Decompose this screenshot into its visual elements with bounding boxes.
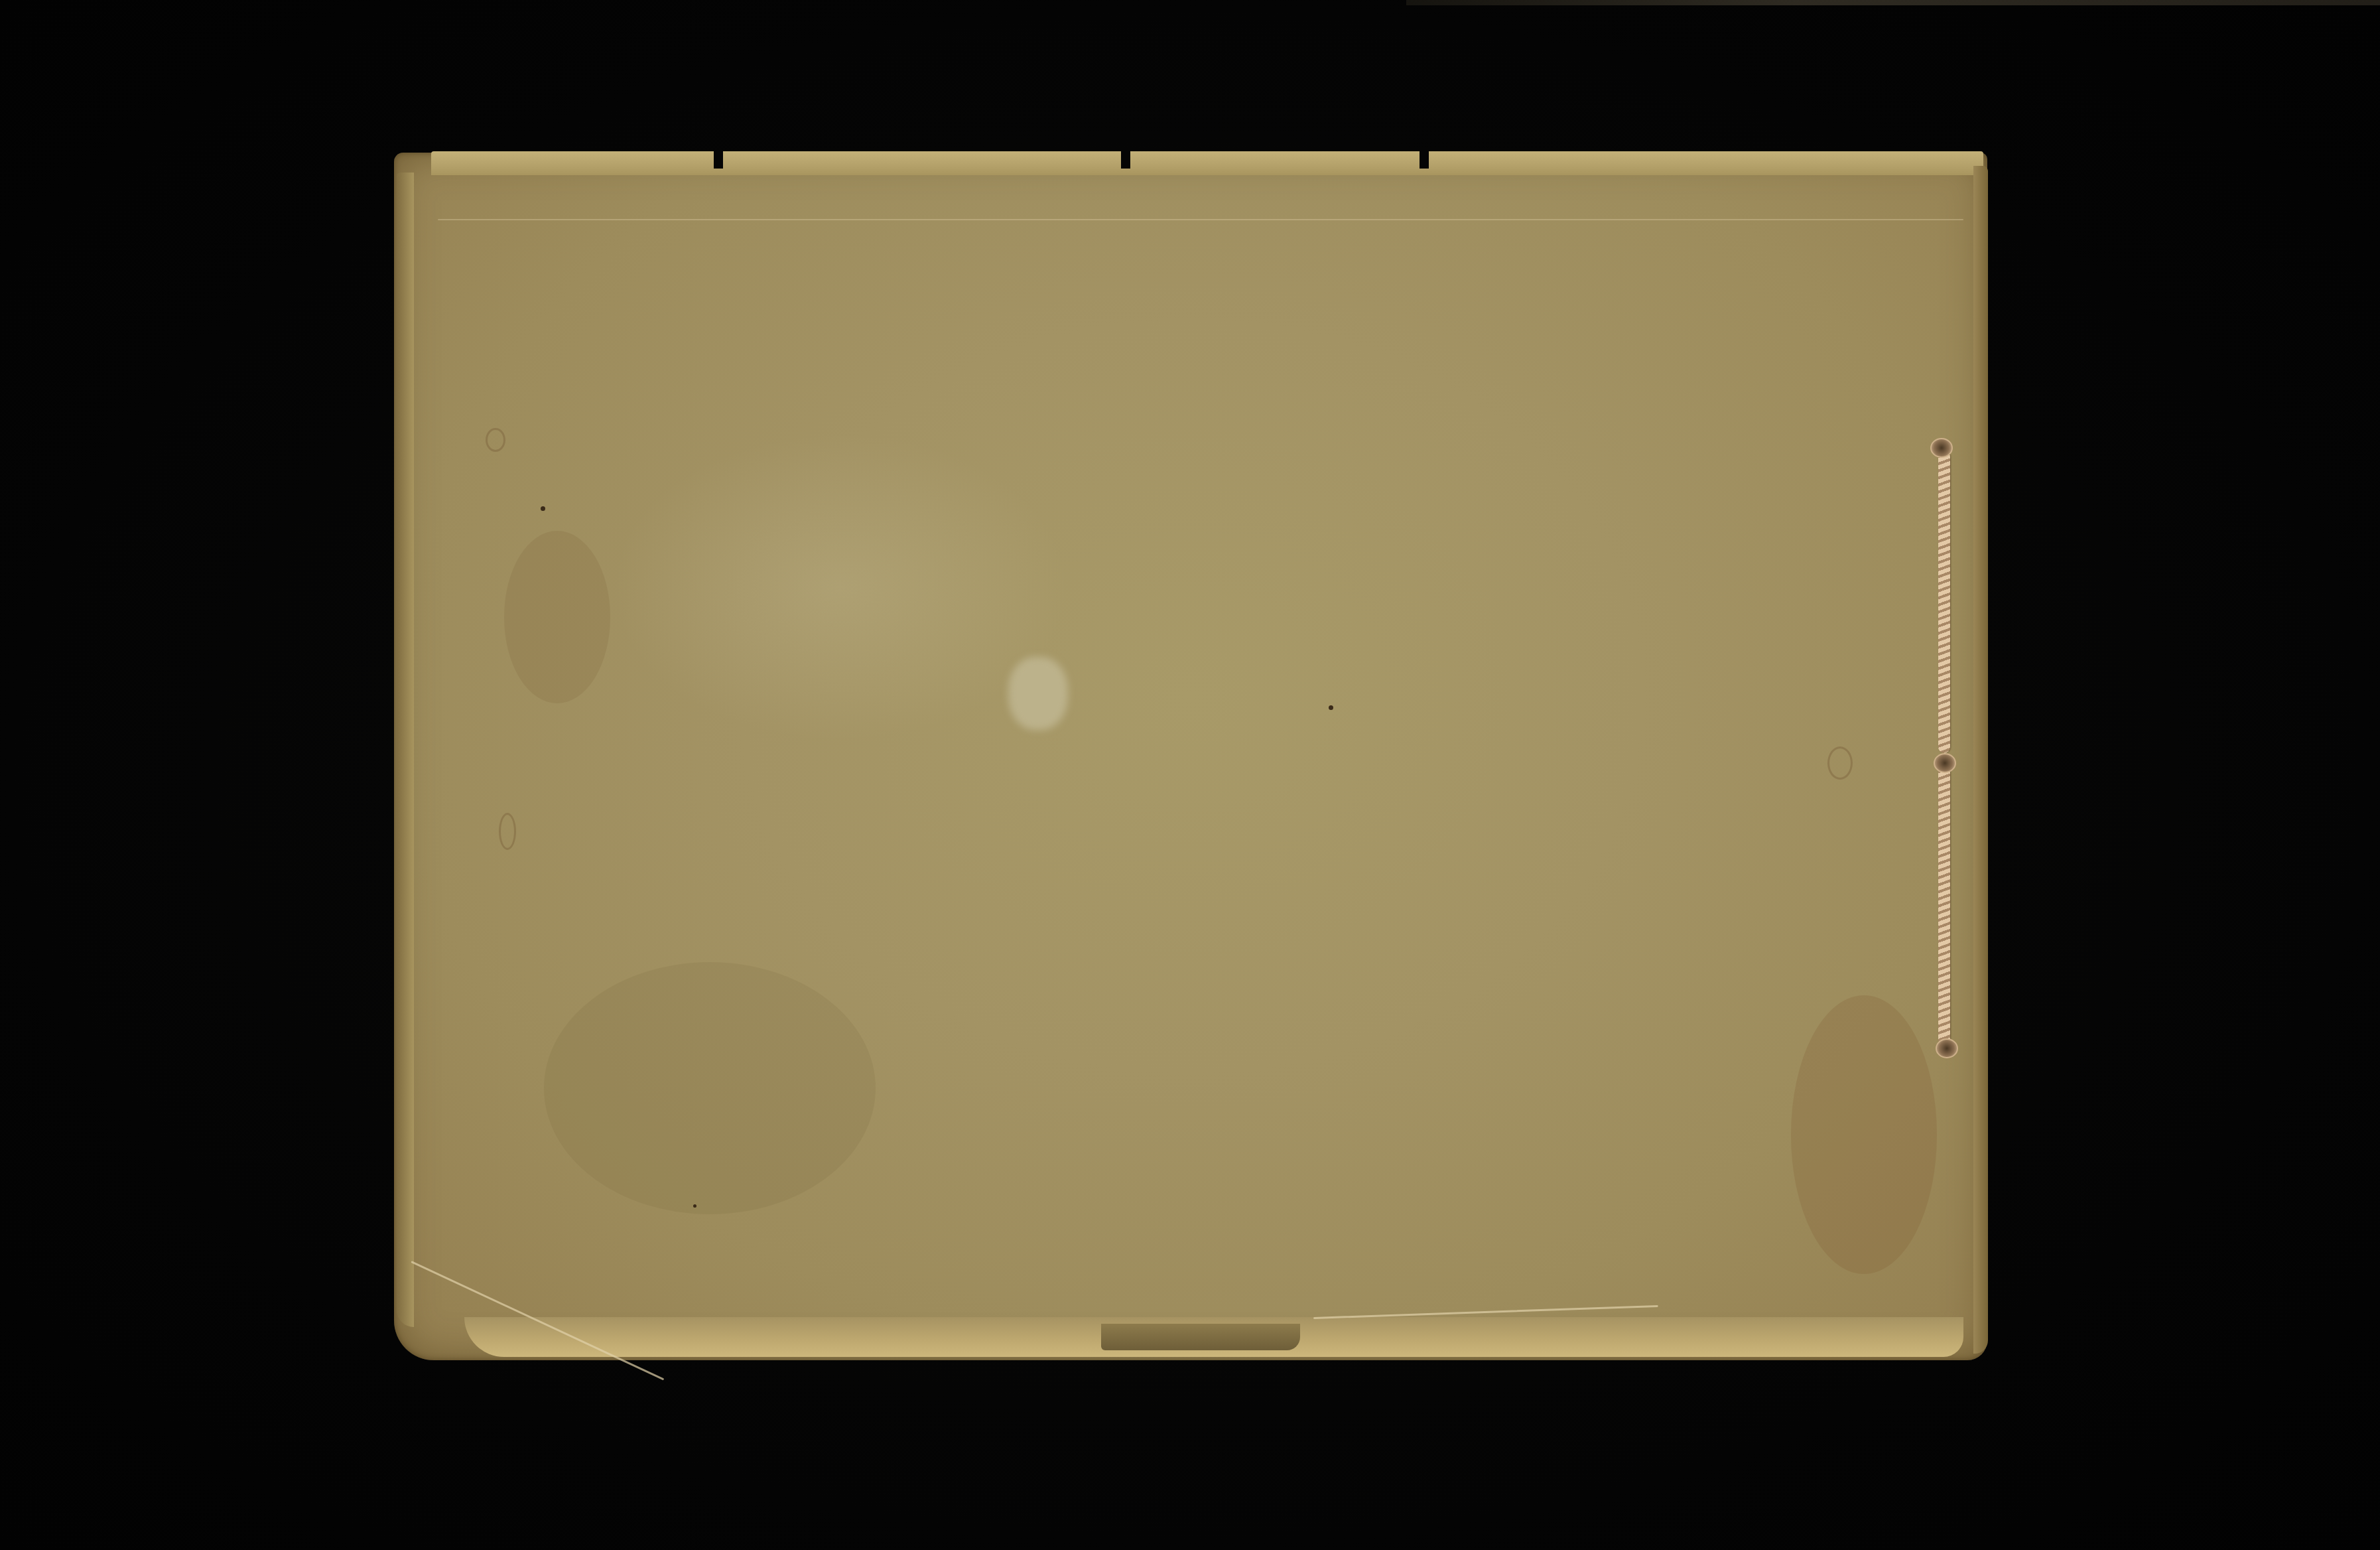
ring-mark xyxy=(486,428,505,452)
top-edge-tear xyxy=(1121,151,1130,169)
speck xyxy=(1329,705,1333,710)
top-edge-tear xyxy=(1420,151,1429,169)
water-stain xyxy=(504,531,610,703)
faded-patch xyxy=(1008,657,1068,730)
discoloration xyxy=(544,962,876,1214)
top-edge-object xyxy=(1406,0,2380,5)
binding-hole-bottom xyxy=(1936,1038,1958,1058)
binding-hole-middle xyxy=(1934,753,1956,773)
discoloration xyxy=(1791,995,1937,1274)
top-edge-tear xyxy=(714,151,723,169)
cover-top-edge xyxy=(431,151,1983,175)
ring-mark xyxy=(499,813,516,850)
crease xyxy=(438,219,1963,220)
cover-right-edge xyxy=(1973,166,1988,1354)
cover-left-edge xyxy=(397,173,414,1327)
binding-cord-upper xyxy=(1938,451,1950,753)
binding-hole-top xyxy=(1930,438,1953,458)
bottom-edge-tear xyxy=(1101,1324,1300,1350)
binding-cord-lower xyxy=(1938,766,1950,1045)
speck xyxy=(693,1204,696,1208)
speck xyxy=(541,506,545,511)
ring-mark xyxy=(1827,746,1853,780)
